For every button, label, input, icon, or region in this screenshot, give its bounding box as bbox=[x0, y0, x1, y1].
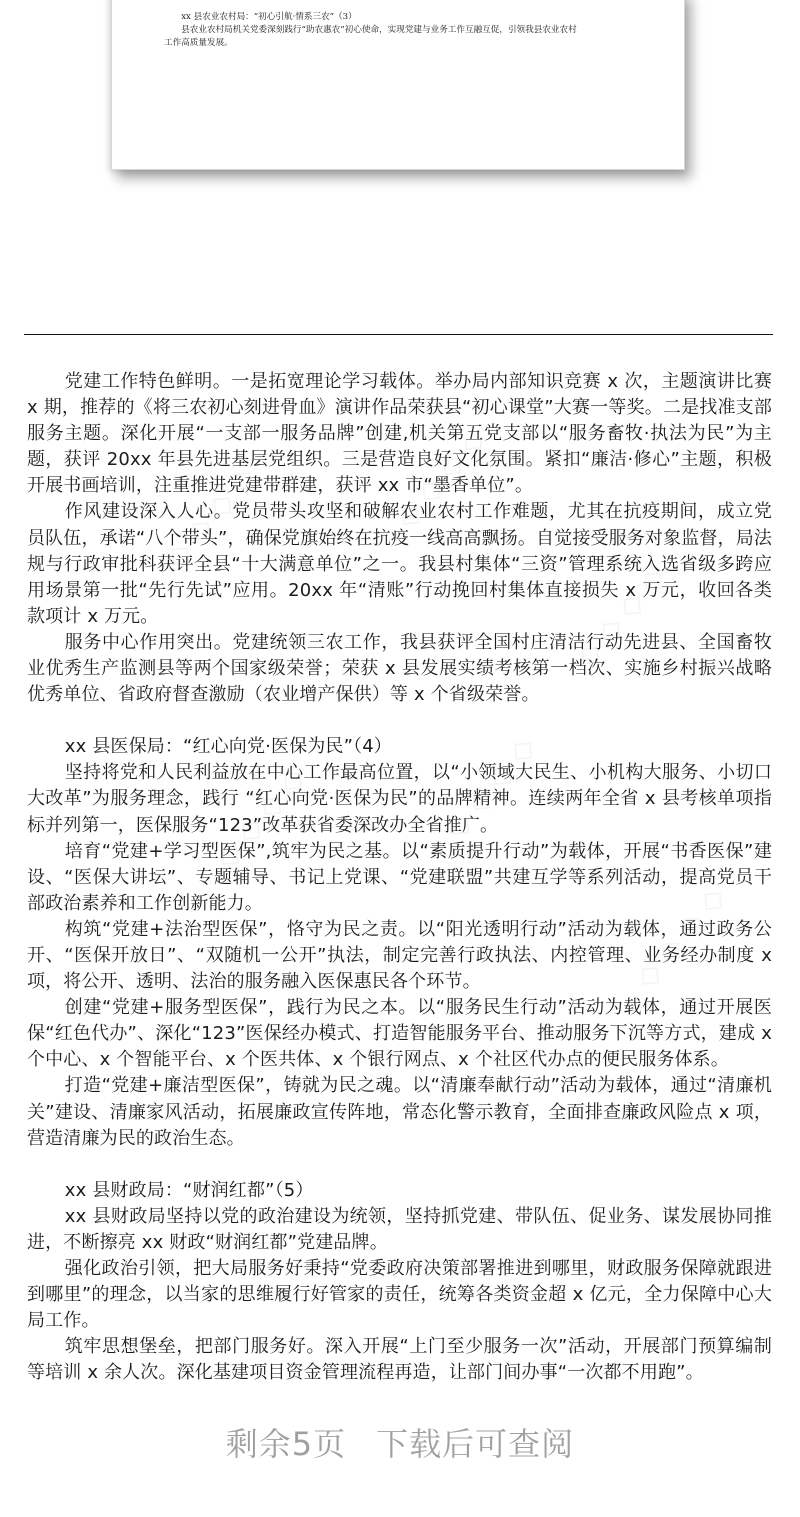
paragraph: 作风建设深入人心。党员带头攻坚和破解农业农村工作难题，尤其在抗疫期间，成立党员队… bbox=[27, 499, 772, 629]
remaining-pages-label: 剩余5页 bbox=[226, 1425, 346, 1463]
agri-section: 党建工作特色鲜明。一是拓宽理论学习载体。举办局内部知识竞赛 x 次，主题演讲比赛… bbox=[27, 369, 772, 708]
preview-page-text: xx 县农业农村局：“初心引航·情系三农”（3） 县农业农村局机关党委深刻践行“… bbox=[164, 11, 584, 50]
document-body: 党建工作特色鲜明。一是拓宽理论学习载体。举办局内部知识竞赛 x 次，主题演讲比赛… bbox=[27, 369, 772, 1386]
preview-heading: xx 县农业农村局：“初心引航·情系三农”（3） bbox=[164, 11, 584, 24]
paragraph: 构筑“党建+法治型医保”，恪守为民之责。以“阳光透明行动”活动为载体，通过政务公… bbox=[27, 917, 772, 995]
paragraph: 坚持将党和人民利益放在中心工作最高位置，以“小领域大民生、小机构大服务、小切口大… bbox=[27, 760, 772, 838]
paragraph: 服务中心作用突出。党建统领三农工作，我县获评全国村庄清洁行动先进县、全国畜牧业优… bbox=[27, 630, 772, 708]
section-title: xx 县医保局：“红心向党·医保为民”（4） bbox=[27, 734, 772, 760]
section-title: xx 县财政局：“财润红都”（5） bbox=[27, 1178, 772, 1204]
paragraph: 党建工作特色鲜明。一是拓宽理论学习载体。举办局内部知识竞赛 x 次，主题演讲比赛… bbox=[27, 369, 772, 499]
paragraph: 创建“党建+服务型医保”，践行为民之本。以“服务民生行动”活动为载体，通过开展医… bbox=[27, 995, 772, 1073]
download-hint-label: 下载后可查阅 bbox=[376, 1425, 574, 1463]
page-divider bbox=[24, 334, 773, 335]
paragraph: 强化政治引领，把大局服务好秉持“党委政府决策部署推进到哪里，财政服务保障就跟进到… bbox=[27, 1256, 772, 1334]
paragraph: 筑牢思想堡垒，把部门服务好。深入开展“上门至少服务一次”活动，开展部门预算编制等… bbox=[27, 1334, 772, 1386]
preview-page-card: xx 县农业农村局：“初心引航·情系三农”（3） 县农业农村局机关党委深刻践行“… bbox=[111, 0, 685, 170]
medical-section: xx 县医保局：“红心向党·医保为民”（4） 坚持将党和人民利益放在中心工作最高… bbox=[27, 734, 772, 1152]
remaining-pages-notice[interactable]: 剩余5页下载后可查阅 bbox=[0, 1419, 800, 1465]
paragraph: xx 县财政局坚持以党的政治建设为统领，坚持抓党建、带队伍、促业务、谋发展协同推… bbox=[27, 1204, 772, 1256]
finance-section: xx 县财政局：“财润红都”（5） xx 县财政局坚持以党的政治建设为统领，坚持… bbox=[27, 1178, 772, 1387]
paragraph: 培育“党建+学习型医保”,筑牢为民之基。以“素质提升行动”为载体，开展“书香医保… bbox=[27, 839, 772, 917]
preview-paragraph: 县农业农村局机关党委深刻践行“助农惠农”初心使命，实现党建与业务工作互融互促，引… bbox=[164, 24, 584, 50]
paragraph: 打造“党建+廉洁型医保”，铸就为民之魂。以“清廉奉献行动”活动为载体，通过“清廉… bbox=[27, 1073, 772, 1151]
